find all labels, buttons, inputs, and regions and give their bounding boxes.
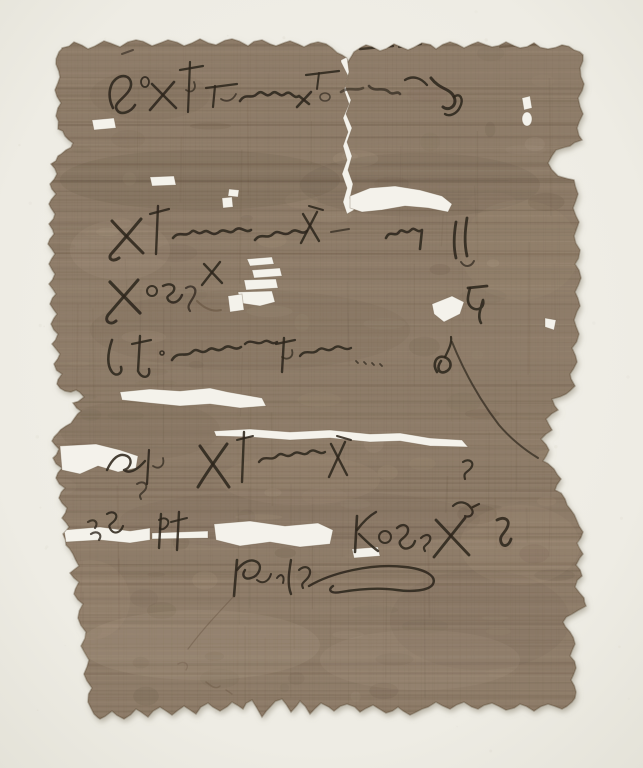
papyrus-scan-image xyxy=(0,0,643,768)
damage-ladder-bar-3 xyxy=(244,279,278,290)
damage-ladder-bar-1 xyxy=(247,257,274,266)
damage-hole-small xyxy=(522,112,532,126)
papyrus-artwork xyxy=(0,0,643,768)
damage-spot-topleft-a xyxy=(92,118,116,130)
damage-spot-a xyxy=(222,197,233,208)
damage-spot-topleft-b xyxy=(150,176,176,186)
papyrus-fragment xyxy=(30,36,604,764)
damage-spot-topleft-c xyxy=(228,189,239,197)
damage-ladder-blob xyxy=(228,294,244,312)
damage-ladder-bar-2 xyxy=(252,268,282,278)
damage-streak-top-right xyxy=(522,96,532,110)
